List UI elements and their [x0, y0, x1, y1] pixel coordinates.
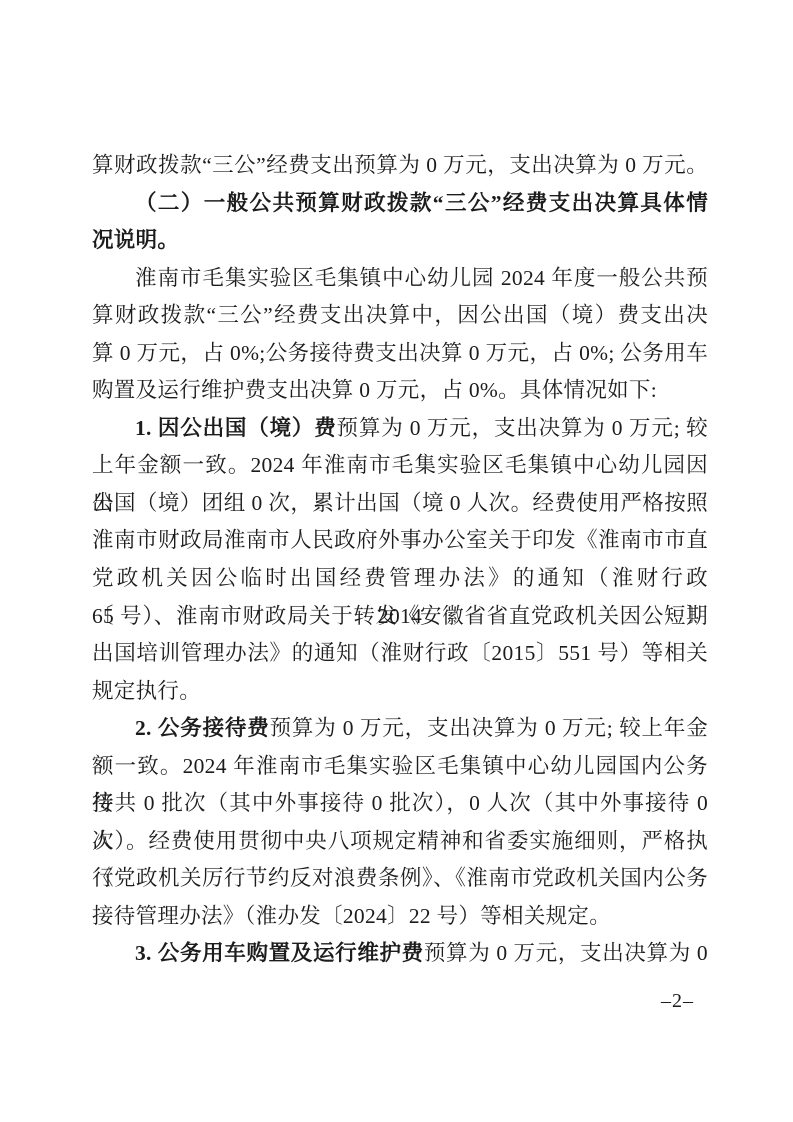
text-run: 出国培训管理办法》的通知（淮财行政〔2015〕551 号）等相关 [92, 641, 708, 665]
text-line: 出国培训管理办法》的通知（淮财行政〔2015〕551 号）等相关 [92, 635, 708, 673]
text-run: 预算为 0 万元，支出决算为 0 [424, 941, 708, 965]
document-body: 算财政拨款“三公”经费支出预算为 0 万元，支出决算为 0 万元。（二）一般公共… [92, 147, 708, 973]
text-run: 算 0 万元，占 0%;公务接待费支出决算 0 万元，占 0%; 公务用车 [92, 341, 708, 365]
bold-text-run: 3. 公务用车购置及运行维护费 [135, 941, 424, 965]
text-line: 2. 公务接待费预算为 0 万元，支出决算为 0 万元; 较上年金 [92, 710, 708, 748]
text-run: 淮南市财政局淮南市人民政府外事办公室关于印发《淮南市市直 [92, 528, 708, 552]
text-line: 65 号）、淮南市财政局关于转发《安徽省省直党政机关因公短期 [92, 598, 708, 636]
text-run: 《党政机关厉行节约反对浪费条例》、《淮南市党政机关国内公务 [92, 866, 708, 890]
text-line: 况说明。 [92, 222, 708, 260]
text-line: 3. 公务用车购置及运行维护费预算为 0 万元，支出决算为 0 [92, 935, 708, 973]
text-run: 出国（境）团组 0 次，累计出国（境 0 人次。经费使用严格按照 [92, 491, 708, 515]
text-run: 购置及运行维护费支出决算 0 万元，占 0%。具体情况如下: [92, 378, 657, 402]
text-line: 出国（境）团组 0 次，累计出国（境 0 人次。经费使用严格按照 [92, 485, 708, 523]
text-line: （二）一般公共预算财政拨款“三公”经费支出决算具体情 [92, 185, 708, 223]
text-run: 接待管理办法》（淮办发〔2024〕22 号）等相关规定。 [92, 904, 611, 928]
text-line: 算 0 万元，占 0%;公务接待费支出决算 0 万元，占 0%; 公务用车 [92, 335, 708, 373]
text-run: 算财政拨款“三公”经费支出预算为 0 万元，支出决算为 0 万元。 [92, 153, 708, 177]
text-run: 预算为 0 万元，支出决算为 0 万元; 较上年金 [270, 716, 708, 740]
text-line: 待共 0 批次（其中外事接待 0 批次），0 人次（其中外事接待 0 人 [92, 785, 708, 823]
text-line: 《党政机关厉行节约反对浪费条例》、《淮南市党政机关国内公务 [92, 860, 708, 898]
page-number: –2– [661, 991, 694, 1011]
text-run: 预算为 0 万元，支出决算为 0 万元; 较 [337, 416, 708, 440]
text-line: 购置及运行维护费支出决算 0 万元，占 0%。具体情况如下: [92, 372, 708, 410]
text-line: 1. 因公出国（境）费预算为 0 万元，支出决算为 0 万元; 较 [92, 410, 708, 448]
text-run: 规定执行。 [92, 679, 201, 703]
text-line: 算财政拨款“三公”经费支出决算中，因公出国（境）费支出决 [92, 297, 708, 335]
document-page: 算财政拨款“三公”经费支出预算为 0 万元，支出决算为 0 万元。（二）一般公共… [0, 0, 793, 1122]
text-run: 淮南市毛集实验区毛集镇中心幼儿园 2024 年度一般公共预 [135, 266, 708, 290]
text-run: 算财政拨款“三公”经费支出决算中，因公出国（境）费支出决 [92, 303, 708, 327]
text-run: 65 号）、淮南市财政局关于转发《安徽省省直党政机关因公短期 [92, 604, 708, 628]
text-line: 党政机关因公临时出国经费管理办法》的通知（淮财行政〔2014〕 [92, 560, 708, 598]
bold-text-run: （二）一般公共预算财政拨款“三公”经费支出决算具体情 [135, 191, 708, 215]
text-line: 算财政拨款“三公”经费支出预算为 0 万元，支出决算为 0 万元。 [92, 147, 708, 185]
bold-text-run: 1. 因公出国（境）费 [135, 416, 337, 440]
text-line: 额一致。2024 年淮南市毛集实验区毛集镇中心幼儿园国内公务接 [92, 748, 708, 786]
text-line: 次）。经费使用贯彻中央八项规定精神和省委实施细则，严格执行 [92, 823, 708, 861]
text-line: 规定执行。 [92, 673, 708, 711]
text-line: 上年金额一致。2024 年淮南市毛集实验区毛集镇中心幼儿园因公 [92, 447, 708, 485]
text-line: 淮南市毛集实验区毛集镇中心幼儿园 2024 年度一般公共预 [92, 260, 708, 298]
bold-text-run: 2. 公务接待费 [135, 716, 270, 740]
text-line: 淮南市财政局淮南市人民政府外事办公室关于印发《淮南市市直 [92, 522, 708, 560]
bold-text-run: 况说明。 [92, 228, 179, 252]
text-line: 接待管理办法》（淮办发〔2024〕22 号）等相关规定。 [92, 898, 708, 936]
